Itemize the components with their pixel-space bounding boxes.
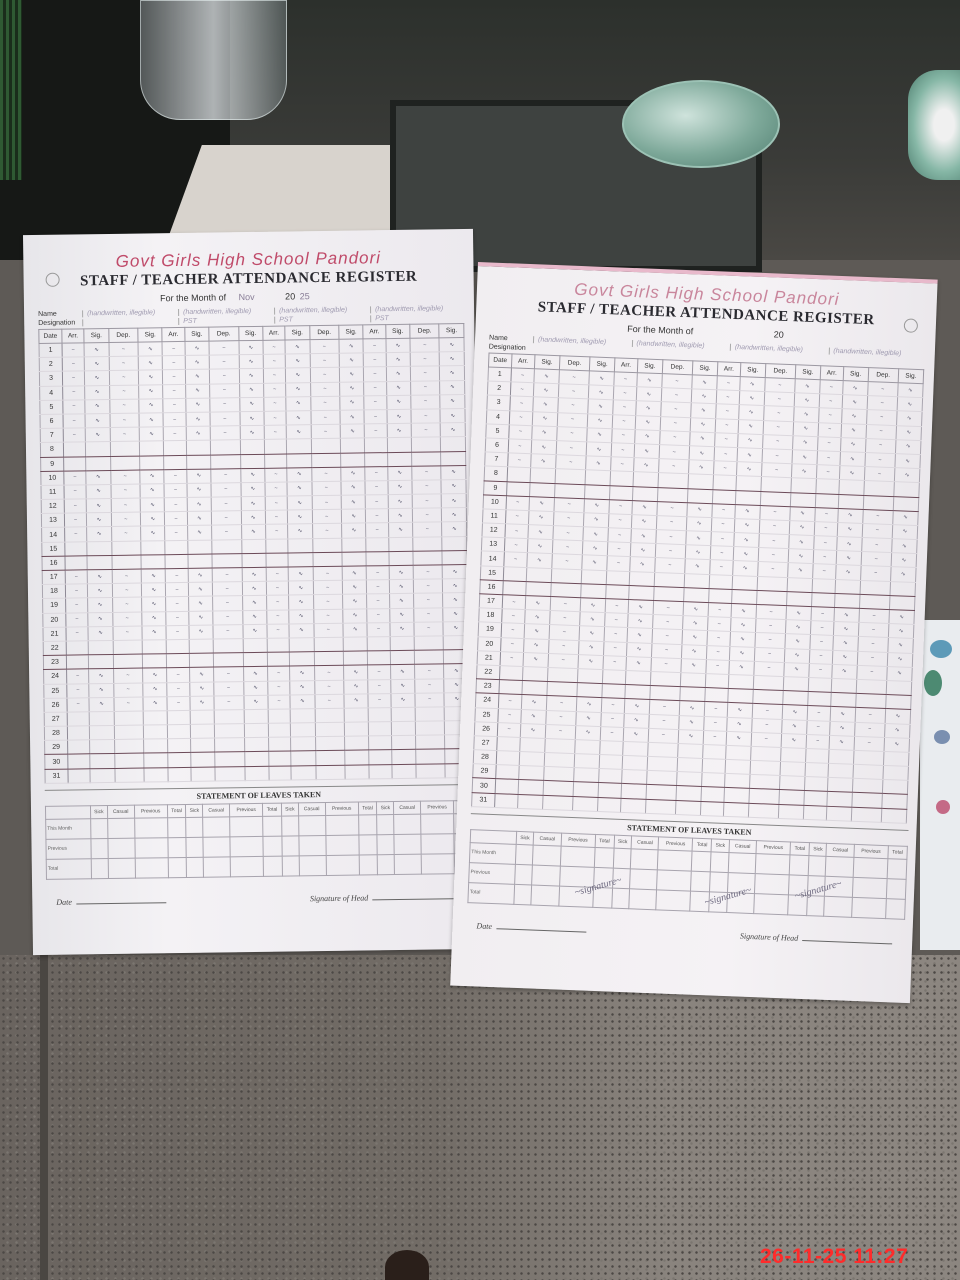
column-header: Dep. (559, 356, 590, 371)
attendance-cell (804, 791, 827, 806)
attendance-cell: ~ (603, 641, 626, 656)
attendance-cell (345, 736, 370, 751)
column-header: Arr. (820, 366, 843, 381)
attendance-cell (90, 740, 115, 755)
attendance-cell: ∿ (139, 384, 164, 399)
attendance-cell (756, 590, 787, 605)
attendance-cell: ∿ (344, 694, 369, 709)
attendance-cell: ∿ (632, 500, 658, 515)
attendance-cell: ~ (498, 708, 521, 723)
attendance-cell: ∿ (679, 715, 705, 730)
attendance-cell: ~ (163, 412, 185, 426)
attendance-cell: ∿ (688, 460, 714, 475)
date-cell: 21 (477, 651, 501, 666)
attendance-cell (544, 752, 575, 767)
attendance-cell: ~ (656, 530, 687, 545)
attendance-cell (599, 755, 622, 770)
column-header: Dep. (309, 325, 339, 339)
attendance-cell (680, 673, 706, 688)
attendance-cell: ∿ (387, 409, 412, 424)
attendance-cell: ∿ (141, 569, 166, 584)
attendance-cell: ∿ (342, 566, 367, 581)
attendance-cell: ∿ (187, 483, 212, 498)
attendance-cell (391, 750, 416, 765)
date-cell: 19 (43, 598, 66, 613)
leaves-cell (378, 854, 395, 874)
attendance-cell: ~ (605, 599, 628, 614)
attendance-cell (550, 582, 581, 597)
attendance-cell: ~ (163, 398, 185, 412)
attendance-cell: ~ (553, 511, 584, 526)
leaves-cell (630, 869, 658, 890)
attendance-cell: ~ (546, 710, 577, 725)
attendance-cell (392, 764, 417, 779)
leaves-column-header: Sick (186, 804, 203, 817)
attendance-cell: ~ (648, 728, 679, 743)
column-header: Dep. (765, 364, 796, 379)
attendance-cell: ~ (212, 525, 242, 540)
attendance-cell (267, 638, 289, 652)
leaves-cell (421, 834, 454, 854)
attendance-cell (574, 768, 600, 783)
leaves-cell (691, 871, 711, 892)
leaves-column-header: Casual (107, 805, 134, 818)
leaves-cell (282, 856, 299, 876)
leaves-cell (421, 854, 454, 874)
attendance-cell (215, 738, 245, 753)
attendance-cell: ~ (167, 682, 189, 696)
footer-signatures: Date Signature of Head (56, 892, 462, 907)
attendance-cell: ∿ (139, 427, 164, 442)
attendance-cell: ∿ (893, 510, 919, 525)
attendance-cell: ~ (611, 443, 634, 458)
attendance-cell: ~ (656, 515, 687, 530)
attendance-grid-right: DateArr.Sig.Dep.Sig.Arr.Sig.Dep.Sig.Arr.… (471, 352, 924, 823)
leaves-column-header: Total (692, 838, 712, 852)
attendance-cell: ∿ (834, 607, 860, 622)
attendance-cell (244, 738, 269, 753)
attendance-cell (344, 708, 369, 723)
leaves-cell (91, 818, 108, 838)
leaves-cell (853, 857, 888, 878)
attendance-cell: ∿ (341, 481, 366, 496)
attendance-cell: ∿ (836, 537, 862, 552)
attendance-cell: ∿ (580, 612, 606, 627)
leaves-cell (394, 834, 421, 854)
attendance-cell: ∿ (342, 523, 367, 538)
leaves-column-header: Sick (377, 801, 394, 814)
attendance-cell: ∿ (241, 525, 266, 540)
attendance-cell (369, 736, 391, 750)
attendance-cell: ∿ (837, 522, 863, 537)
attendance-cell: ∿ (889, 610, 915, 625)
attendance-cell: ~ (312, 481, 342, 496)
attendance-cell: ∿ (388, 523, 413, 538)
date-cell: 17 (42, 570, 65, 585)
attendance-cell: ~ (608, 514, 631, 529)
attendance-cell: ∿ (588, 385, 614, 400)
attendance-cell: ∿ (89, 697, 114, 712)
attendance-cell (749, 775, 780, 790)
attendance-cell (584, 484, 610, 499)
attendance-cell: ~ (111, 512, 141, 527)
attendance-cell: ~ (64, 485, 86, 499)
attendance-cell: ~ (706, 659, 729, 674)
attendance-cell: ~ (856, 665, 887, 680)
leaves-cell (377, 834, 394, 854)
attendance-cell: ∿ (678, 729, 704, 744)
date-cell: 13 (481, 537, 505, 552)
leaves-cell (692, 851, 712, 872)
attendance-cell: ∿ (738, 419, 764, 434)
attendance-cell: ~ (364, 410, 386, 424)
attendance-cell: ~ (266, 595, 288, 609)
attendance-cell (647, 756, 678, 771)
leaves-row-label: Total (46, 859, 91, 880)
attendance-cell (543, 781, 574, 796)
attendance-cell: ∿ (243, 695, 268, 710)
attendance-cell: ~ (652, 615, 683, 630)
attendance-cell: ∿ (533, 397, 559, 412)
attendance-cell (267, 652, 289, 666)
attendance-cell: ∿ (389, 579, 414, 594)
attendance-cell (786, 591, 812, 606)
attendance-cell (366, 551, 388, 565)
attendance-cell (168, 753, 190, 767)
attendance-cell (369, 707, 391, 721)
attendance-cell (190, 710, 215, 725)
attendance-cell: ∿ (792, 435, 818, 450)
attendance-cell: ~ (545, 724, 576, 739)
attendance-cell: ∿ (523, 652, 549, 667)
attendance-cell: ∿ (686, 531, 712, 546)
attendance-cell: ~ (505, 510, 528, 525)
date-cell: 1 (488, 367, 512, 382)
attendance-cell: ∿ (733, 547, 759, 562)
attendance-cell: ∿ (85, 399, 110, 414)
attendance-cell: ~ (109, 342, 139, 357)
attendance-cell (215, 752, 245, 767)
attendance-cell: ∿ (681, 658, 707, 673)
attendance-cell (144, 767, 169, 782)
attendance-cell: ∿ (589, 371, 615, 386)
attendance-cell: ∿ (85, 428, 110, 443)
staff-name: (handwritten, illegible) (370, 305, 466, 313)
attendance-cell: ∿ (88, 584, 113, 599)
attendance-cell: ~ (166, 611, 188, 625)
attendance-cell: ∿ (239, 383, 264, 398)
attendance-cell: ∿ (138, 370, 163, 385)
leaves-cell (167, 817, 186, 837)
leaves-cell (230, 816, 263, 836)
leaves-cell (108, 838, 135, 858)
attendance-cell: ~ (862, 523, 893, 538)
attendance-cell: ∿ (785, 634, 811, 649)
attendance-cell (507, 467, 530, 482)
date-cell: 22 (476, 665, 500, 680)
attendance-cell: ~ (712, 503, 735, 518)
attendance-cell: ~ (264, 397, 286, 411)
attendance-cell: ~ (854, 722, 885, 737)
attendance-cell: ~ (265, 496, 287, 510)
attendance-cell (68, 740, 90, 754)
attendance-cell (684, 573, 710, 588)
attendance-cell: ~ (264, 411, 286, 425)
date-cell: 11 (482, 509, 506, 524)
attendance-cell: ~ (366, 523, 388, 537)
attendance-cell: ∿ (727, 703, 753, 718)
attendance-cell: ~ (807, 706, 830, 721)
leaves-cell (826, 856, 854, 877)
attendance-cell: ~ (166, 568, 188, 582)
attendance-cell: ~ (815, 507, 838, 522)
attendance-cell (647, 742, 678, 757)
attendance-cell: ~ (659, 445, 690, 460)
leaves-cell (298, 815, 325, 835)
attendance-cell (602, 684, 625, 699)
attendance-cell: ~ (510, 382, 533, 397)
attendance-cell: ~ (511, 368, 534, 383)
attendance-cell: ~ (163, 356, 185, 370)
attendance-cell: ~ (556, 441, 587, 456)
attendance-cell: ∿ (888, 638, 914, 653)
attendance-cell (244, 709, 269, 724)
attendance-cell (244, 752, 269, 767)
leaves-row-label: This Month (46, 819, 91, 840)
month-value: Nov (239, 292, 255, 302)
column-header: Sig. (740, 363, 766, 378)
leaves-cell (187, 857, 204, 877)
attendance-cell: ∿ (341, 467, 366, 482)
leaves-column-header: Sick (90, 805, 107, 818)
attendance-cell: ∿ (840, 437, 866, 452)
column-header: Sig. (534, 355, 560, 370)
attendance-cell: ~ (504, 552, 527, 567)
attendance-cell (838, 494, 864, 509)
attendance-cell: ∿ (789, 535, 815, 550)
attendance-cell: ~ (364, 395, 386, 409)
attendance-cell (702, 759, 725, 774)
attendance-cell: ∿ (829, 721, 855, 736)
attendance-cell: ∿ (241, 482, 266, 497)
attendance-cell: ~ (313, 580, 343, 595)
attendance-cell (391, 721, 416, 736)
attendance-cell: ∿ (739, 377, 765, 392)
attendance-cell: ~ (548, 653, 579, 668)
attendance-cell: ∿ (242, 596, 267, 611)
attendance-cell: ∿ (341, 495, 366, 510)
attendance-cell (803, 805, 826, 820)
attendance-cell: ∿ (387, 423, 412, 438)
attendance-cell: ~ (267, 666, 289, 680)
attendance-cell: ~ (365, 466, 387, 480)
attendance-cell: ~ (861, 538, 892, 553)
attendance-cell: ~ (604, 627, 627, 642)
head-signature-field: Signature of Head (740, 931, 893, 946)
leaves-cell (594, 847, 614, 868)
attendance-cell (189, 639, 214, 654)
attendance-cell (572, 796, 598, 811)
column-header: Date (488, 353, 512, 368)
floor-seam (40, 955, 48, 1280)
attendance-cell (344, 722, 369, 737)
attendance-cell: ∿ (531, 440, 557, 455)
attendance-cell: ~ (263, 354, 285, 368)
attendance-cell: ∿ (634, 429, 660, 444)
attendance-cell (551, 568, 582, 583)
attendance-cell: ~ (557, 412, 588, 427)
attendance-cell: ∿ (89, 683, 114, 698)
attendance-cell (63, 442, 85, 456)
attendance-cell: ∿ (735, 504, 761, 519)
attendance-cell (186, 455, 211, 470)
attendance-cell (343, 637, 368, 652)
attendance-cell: ~ (862, 509, 893, 524)
date-cell: 18 (42, 584, 65, 599)
attendance-cell: ~ (710, 560, 733, 575)
attendance-cell (735, 490, 761, 505)
attendance-cell: ∿ (630, 543, 656, 558)
attendance-cell: ~ (415, 693, 445, 708)
column-header: Sig. (385, 324, 410, 338)
attendance-cell (311, 439, 341, 454)
attendance-cell: ~ (817, 451, 840, 466)
attendance-cell: ∿ (829, 735, 855, 750)
attendance-cell (415, 707, 445, 722)
attendance-cell: ~ (660, 402, 691, 417)
date-cell: 17 (479, 594, 503, 609)
attendance-cell (529, 482, 555, 497)
attendance-cell (168, 739, 190, 753)
date-cell: 3 (487, 395, 511, 410)
attendance-cell (89, 655, 114, 670)
attendance-cell (110, 441, 140, 456)
attendance-cell: ~ (163, 370, 185, 384)
attendance-cell (87, 555, 112, 570)
leaves-cell (359, 855, 378, 875)
attendance-cell: ∿ (388, 480, 413, 495)
attendance-cell (753, 675, 784, 690)
attendance-cell (853, 750, 884, 765)
attendance-cell: ∿ (687, 502, 713, 517)
column-header: Sig. (898, 369, 924, 384)
attendance-cell (495, 793, 518, 808)
leaves-cell (203, 857, 230, 877)
column-header: Sig. (339, 325, 364, 339)
attendance-cell (142, 654, 167, 669)
attendance-cell (855, 693, 886, 708)
attendance-cell (345, 750, 370, 765)
attendance-cell (143, 711, 168, 726)
attendance-cell: ~ (715, 418, 738, 433)
attendance-cell (210, 440, 240, 455)
attendance-cell (812, 578, 835, 593)
attendance-cell (622, 755, 648, 770)
left-page: Govt Girls High School Pandori STAFF / T… (23, 229, 483, 955)
attendance-cell (214, 710, 244, 725)
attendance-cell: ∿ (582, 541, 608, 556)
attendance-cell: ∿ (190, 696, 215, 711)
attendance-cell (831, 678, 857, 693)
date-cell: 5 (486, 424, 510, 439)
attendance-cell: ∿ (288, 567, 313, 582)
attendance-cell: ~ (504, 538, 527, 553)
attendance-cell: ~ (764, 392, 795, 407)
attendance-cell (542, 795, 573, 810)
attendance-cell: ∿ (187, 526, 212, 541)
column-header: Sig. (589, 357, 615, 372)
attendance-cell: ∿ (343, 608, 368, 623)
column-header: Dep. (108, 328, 138, 342)
attendance-cell: ~ (707, 631, 730, 646)
attendance-cell: ∿ (634, 444, 660, 459)
leaves-column-header: Previous (854, 844, 888, 858)
attendance-cell (368, 651, 390, 665)
attendance-cell: ∿ (242, 624, 267, 639)
attendance-cell: ∿ (185, 369, 210, 384)
staff-name: (handwritten, illegible) (274, 306, 370, 314)
date-cell: 15 (42, 542, 65, 557)
leaves-cell (91, 838, 108, 858)
attendance-cell (859, 594, 890, 609)
attendance-cell: ~ (111, 484, 141, 499)
attendance-cell (312, 538, 342, 553)
date-cell: 30 (472, 778, 496, 793)
attendance-cell (168, 724, 190, 738)
attendance-cell (609, 485, 632, 500)
attendance-cell: ~ (310, 396, 340, 411)
attendance-cell: ∿ (737, 448, 763, 463)
attendance-cell (414, 650, 444, 665)
attendance-cell (507, 481, 530, 496)
attendance-cell: ~ (66, 627, 88, 641)
attendance-cell: ∿ (884, 737, 910, 752)
attendance-cell: ~ (559, 370, 590, 385)
attendance-cell (658, 473, 689, 488)
attendance-cell (67, 726, 89, 740)
attendance-cell: ∿ (731, 603, 757, 618)
attendance-cell: ∿ (689, 446, 715, 461)
attendance-cell (387, 438, 412, 453)
attendance-cell: ∿ (84, 342, 109, 357)
attendance-cell: ∿ (785, 620, 811, 635)
attendance-cell: ∿ (290, 666, 315, 681)
attendance-cell (805, 763, 828, 778)
date-field: Date (476, 921, 586, 934)
attendance-cell: ~ (653, 600, 684, 615)
attendance-cell (413, 551, 443, 566)
attendance-cell (496, 751, 519, 766)
attendance-cell: ∿ (788, 563, 814, 578)
attendance-cell: ~ (554, 497, 585, 512)
leaves-column-header: Previous (756, 840, 790, 854)
attendance-cell: ∿ (341, 509, 366, 524)
leaves-cell (107, 818, 134, 838)
attendance-cell (882, 780, 908, 795)
attendance-cell: ∿ (390, 622, 415, 637)
column-header: Dep. (868, 368, 899, 383)
date-cell: 7 (485, 452, 509, 467)
attendance-cell: ∿ (895, 439, 921, 454)
attendance-cell: ~ (111, 498, 141, 513)
attendance-cell: ~ (763, 406, 794, 421)
attendance-cell: ∿ (243, 667, 268, 682)
leaves-cell (755, 873, 790, 894)
attendance-cell: ∿ (524, 624, 550, 639)
attendance-cell: ~ (164, 427, 186, 441)
attendance-cell (265, 454, 287, 468)
attendance-cell: ∿ (841, 423, 867, 438)
